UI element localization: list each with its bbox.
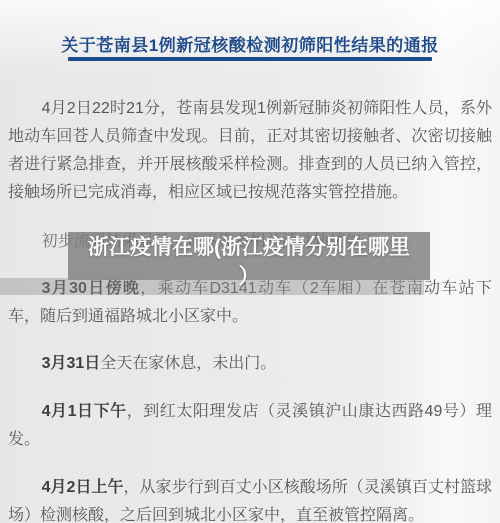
summary-paragraph: 4月2日22时21分，苍南县发现1例新冠肺炎初筛阳性人员，系外地动车回苍人员筛查…: [8, 95, 492, 207]
page-title: 关于苍南县1例新冠核酸检测初筛阳性结果的通报: [0, 31, 500, 56]
timeline-date: 4月1日下午: [42, 403, 127, 420]
timeline-entry: 3月31日全天在家休息，未出门。: [8, 350, 492, 378]
notice-document: 关于苍南县1例新冠核酸检测初筛阳性结果的通报 4月2日22时21分，苍南县发现1…: [0, 0, 500, 523]
timeline-date: 4月2日上午: [42, 479, 124, 496]
timeline-text: 全天在家休息，未出门。: [100, 355, 276, 372]
caption-band-secondary: [0, 278, 424, 295]
timeline-entry: 4月1日下午，到红太阳理发店（灵溪镇沪山康达西路49号）理发。: [8, 398, 492, 454]
title-divider: [68, 57, 432, 61]
timeline-date: 3月31日: [42, 355, 101, 372]
caption-band: [68, 232, 430, 280]
timeline-entry: 4月2日上午，从家步行到百丈小区核酸场所（灵溪镇百丈村篮球场）检测核酸，之后回到…: [8, 474, 492, 523]
